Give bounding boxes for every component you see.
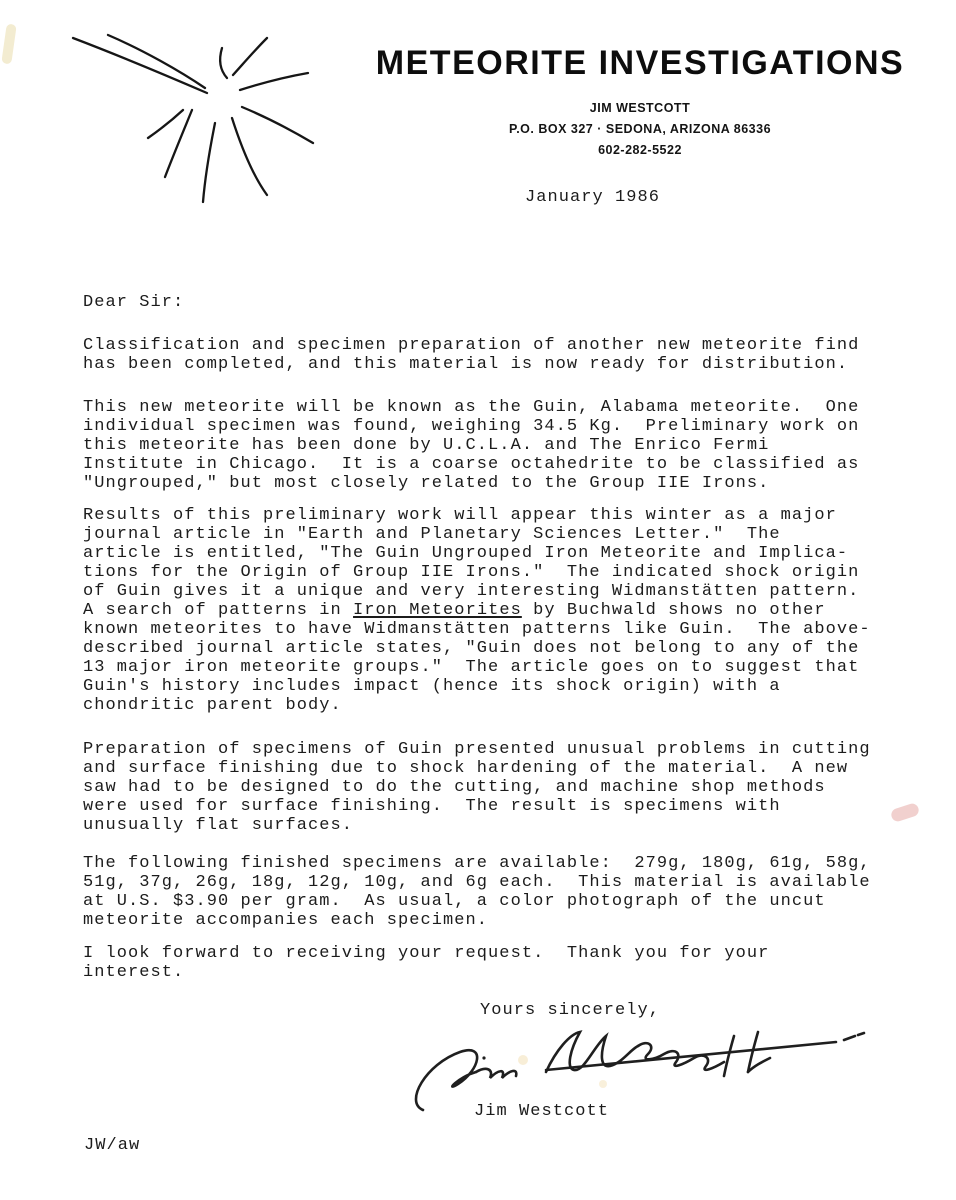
company-name: METEORITE INVESTIGATIONS — [350, 44, 930, 83]
salutation: Dear Sir: — [83, 293, 903, 312]
valediction: Yours sincerely, — [480, 1001, 660, 1020]
letter-date: January 1986 — [525, 188, 660, 207]
starburst-comet-logo-icon — [55, 22, 325, 222]
letterhead-address: P.O. BOX 327 · SEDONA, ARIZONA 86336 — [350, 120, 930, 138]
paragraph-3-underlined-title: Iron Meteorites — [353, 601, 522, 620]
paragraph-4: Preparation of specimens of Guin present… — [83, 740, 903, 835]
scan-stain-yellow — [1, 23, 16, 64]
paragraph-6: I look forward to receiving your request… — [83, 944, 903, 982]
scanned-letter: METEORITE INVESTIGATIONS JIM WESTCOTT P.… — [0, 0, 956, 1200]
letterhead-phone: 602-282-5522 — [350, 141, 930, 159]
reference-initials: JW/aw — [84, 1136, 140, 1155]
paragraph-2: This new meteorite will be known as the … — [83, 398, 903, 493]
letterhead: METEORITE INVESTIGATIONS JIM WESTCOTT P.… — [350, 44, 930, 159]
paragraph-5: The following finished specimens are ava… — [83, 854, 903, 930]
handwritten-signature — [398, 1022, 868, 1117]
paragraph-3: Results of this preliminary work will ap… — [83, 506, 903, 715]
paragraph-1: Classification and specimen preparation … — [83, 336, 903, 374]
typed-signature-name: Jim Westcott — [474, 1102, 609, 1121]
letterhead-contact-name: JIM WESTCOTT — [350, 99, 930, 117]
